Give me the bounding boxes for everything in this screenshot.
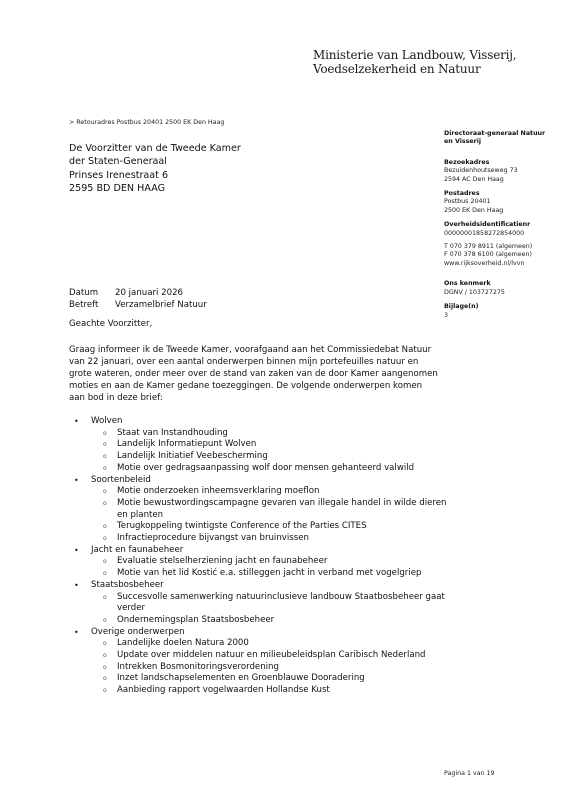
circle-bullet-icon: o xyxy=(103,685,107,697)
subtopic-text: Infractieprocedure bijvangst van bruinvi… xyxy=(117,533,309,543)
circle-bullet-icon: o xyxy=(103,592,107,604)
subtopic-text: Motie onderzoeken inheemsverklaring moef… xyxy=(117,486,319,496)
subject-row: Betreft Verzamelbrief Natuur xyxy=(69,299,207,311)
letter-meta: Datum 20 januari 2026 Betreft Verzamelbr… xyxy=(69,287,207,312)
topic-item: •Wolven xyxy=(69,416,449,428)
bullet-icon: • xyxy=(74,416,79,428)
circle-bullet-icon: o xyxy=(103,463,107,475)
return-address: > Retouradres Postbus 20401 2500 EK Den … xyxy=(69,119,224,126)
bullet-icon: • xyxy=(74,475,79,487)
subject-value: Verzamelbrief Natuur xyxy=(115,299,207,311)
topic-item: •Staatsbosbeheer xyxy=(69,580,449,592)
fax-number: F 070 378 6100 (algemeen) xyxy=(444,251,562,259)
circle-bullet-icon: o xyxy=(103,556,107,568)
topic-title: Overige onderwerpen xyxy=(91,627,185,637)
subtopic-text: Intrekken Bosmonitoringsverordening xyxy=(117,662,279,672)
circle-bullet-icon: o xyxy=(103,439,107,451)
reference-label: Ons kenmerk xyxy=(444,280,562,288)
circle-bullet-icon: o xyxy=(103,486,107,498)
date-label: Datum xyxy=(69,287,115,299)
subtopic-item: oUpdate over middelen natuur en milieube… xyxy=(69,650,449,662)
circle-bullet-icon: o xyxy=(103,521,107,533)
subtopic-text: Motie van het lid Kostić e.a. stilleggen… xyxy=(117,568,421,578)
subtopic-text: Aanbieding rapport vogelwaarden Hollands… xyxy=(117,685,330,695)
sender-sidebar: Directoraat-generaal Natuur en Visserij … xyxy=(444,130,562,326)
subtopic-item: oLandelijk Informatiepunt Wolven xyxy=(69,439,449,451)
subtopic-text: Update over middelen natuur en milieubel… xyxy=(117,650,426,660)
subtopic-item: oOndernemingsplan Staatsbosbeheer xyxy=(69,615,449,627)
circle-bullet-icon: o xyxy=(103,568,107,580)
reference-value: DGNV / 103727275 xyxy=(444,289,562,297)
subtopic-item: oMotie over gedragsaanpassing wolf door … xyxy=(69,463,449,475)
department-block: Directoraat-generaal Natuur en Visserij xyxy=(444,130,562,147)
ministry-logo-text: Ministerie van Landbouw, Visserij, Voeds… xyxy=(313,48,516,76)
addressee-line: der Staten-Generaal xyxy=(69,155,241,168)
salutation: Geachte Voorzitter, xyxy=(69,319,152,329)
subtopic-item: oLandelijk Initiatief Veebescherming xyxy=(69,451,449,463)
website-link[interactable]: www.rijksoverheid.nl/lvvn xyxy=(444,260,562,268)
subtopic-item: oIntrekken Bosmonitoringsverordening xyxy=(69,662,449,674)
gov-id-value: 00000001858272854000 xyxy=(444,230,562,238)
subtopic-item: oMotie onderzoeken inheemsverklaring moe… xyxy=(69,486,449,498)
addressee-block: De Voorzitter van de Tweede Kamer der St… xyxy=(69,142,241,195)
date-row: Datum 20 januari 2026 xyxy=(69,287,207,299)
topic-title: Wolven xyxy=(91,416,122,426)
circle-bullet-icon: o xyxy=(103,428,107,440)
subtopic-item: oInfractieprocedure bijvangst van bruinv… xyxy=(69,533,449,545)
addressee-line: 2595 BD DEN HAAG xyxy=(69,182,241,195)
gov-id-label: Overheidsidentificatienr xyxy=(444,221,562,229)
circle-bullet-icon: o xyxy=(103,650,107,662)
subtopic-text: Succesvolle samenwerking natuurinclusiev… xyxy=(117,592,445,614)
department-name-cont: en Visserij xyxy=(444,138,562,146)
topic-title: Staatsbosbeheer xyxy=(91,580,164,590)
visit-address-city: 2594 AC Den Haag xyxy=(444,176,562,184)
circle-bullet-icon: o xyxy=(103,673,107,685)
bullet-icon: • xyxy=(74,627,79,639)
subtopic-item: oEvaluatie stelselherziening jacht en fa… xyxy=(69,556,449,568)
visit-address-block: Bezoekadres Bezuidenhoutseweg 73 2594 AC… xyxy=(444,159,562,184)
attachments-label: Bijlage(n) xyxy=(444,303,562,311)
topic-title: Jacht en faunabeheer xyxy=(91,545,183,555)
topic-item: •Jacht en faunabeheer xyxy=(69,545,449,557)
subtopic-item: oSuccesvolle samenwerking natuurinclusie… xyxy=(69,592,449,615)
subtopic-text: Motie bewustwordingscampagne gevaren van… xyxy=(117,498,447,520)
ministry-name-line1: Ministerie van Landbouw, Visserij, xyxy=(313,48,516,62)
page-number: Pagina 1 van 19 xyxy=(444,770,495,777)
date-value: 20 januari 2026 xyxy=(115,287,183,299)
postal-address-box: Postbus 20401 xyxy=(444,198,562,206)
subject-label: Betreft xyxy=(69,299,115,311)
topic-item: •Overige onderwerpen xyxy=(69,627,449,639)
bullet-icon: • xyxy=(74,545,79,557)
circle-bullet-icon: o xyxy=(103,533,107,545)
subtopic-item: oMotie van het lid Kostić e.a. stillegge… xyxy=(69,568,449,580)
circle-bullet-icon: o xyxy=(103,498,107,510)
addressee-line: Prinses Irenestraat 6 xyxy=(69,169,241,182)
circle-bullet-icon: o xyxy=(103,662,107,674)
addressee-line: De Voorzitter van de Tweede Kamer xyxy=(69,142,241,155)
subtopic-text: Motie over gedragsaanpassing wolf door m… xyxy=(117,463,414,473)
bullet-icon: • xyxy=(74,580,79,592)
circle-bullet-icon: o xyxy=(103,638,107,650)
subtopic-text: Landelijk Informatiepunt Wolven xyxy=(117,439,256,449)
subtopic-text: Landelijk Initiatief Veebescherming xyxy=(117,451,268,461)
reference-block: Ons kenmerk DGNV / 103727275 xyxy=(444,280,562,297)
subtopic-item: oMotie bewustwordingscampagne gevaren va… xyxy=(69,498,449,521)
visit-address-street: Bezuidenhoutseweg 73 xyxy=(444,167,562,175)
circle-bullet-icon: o xyxy=(103,451,107,463)
subtopic-text: Terugkoppeling twintigste Conference of … xyxy=(117,521,367,531)
topic-title: Soortenbeleid xyxy=(91,475,151,485)
ministry-name-line2: Voedselzekerheid en Natuur xyxy=(313,62,516,76)
contact-block: Overheidsidentificatienr 000000018582728… xyxy=(444,221,562,268)
subtopic-item: oTerugkoppeling twintigste Conference of… xyxy=(69,521,449,533)
circle-bullet-icon: o xyxy=(103,615,107,627)
subtopic-text: Inzet landschapselementen en Groenblauwe… xyxy=(117,673,365,683)
subtopic-text: Evaluatie stelselherziening jacht en fau… xyxy=(117,556,327,566)
subtopic-item: oInzet landschapselementen en Groenblauw… xyxy=(69,673,449,685)
phone-number: T 070 379 8911 (algemeen) xyxy=(444,243,562,251)
subtopic-item: oAanbieding rapport vogelwaarden Holland… xyxy=(69,685,449,697)
attachments-block: Bijlage(n) 3 xyxy=(444,303,562,320)
visit-address-label: Bezoekadres xyxy=(444,159,562,167)
department-name: Directoraat-generaal Natuur xyxy=(444,130,562,138)
postal-address-label: Postadres xyxy=(444,190,562,198)
topics-list: •WolvenoStaat van InstandhoudingoLandeli… xyxy=(69,416,449,697)
intro-paragraph: Graag informeer ik de Tweede Kamer, voor… xyxy=(69,345,439,405)
postal-address-city: 2500 EK Den Haag xyxy=(444,207,562,215)
topic-item: •Soortenbeleid xyxy=(69,475,449,487)
postal-address-block: Postadres Postbus 20401 2500 EK Den Haag xyxy=(444,190,562,215)
subtopic-item: oStaat van Instandhouding xyxy=(69,428,449,440)
subtopic-text: Ondernemingsplan Staatsbosbeheer xyxy=(117,615,274,625)
subtopic-text: Staat van Instandhouding xyxy=(117,428,228,438)
subtopic-item: oLandelijke doelen Natura 2000 xyxy=(69,638,449,650)
attachments-count: 3 xyxy=(444,312,562,320)
subtopic-text: Landelijke doelen Natura 2000 xyxy=(117,638,249,648)
